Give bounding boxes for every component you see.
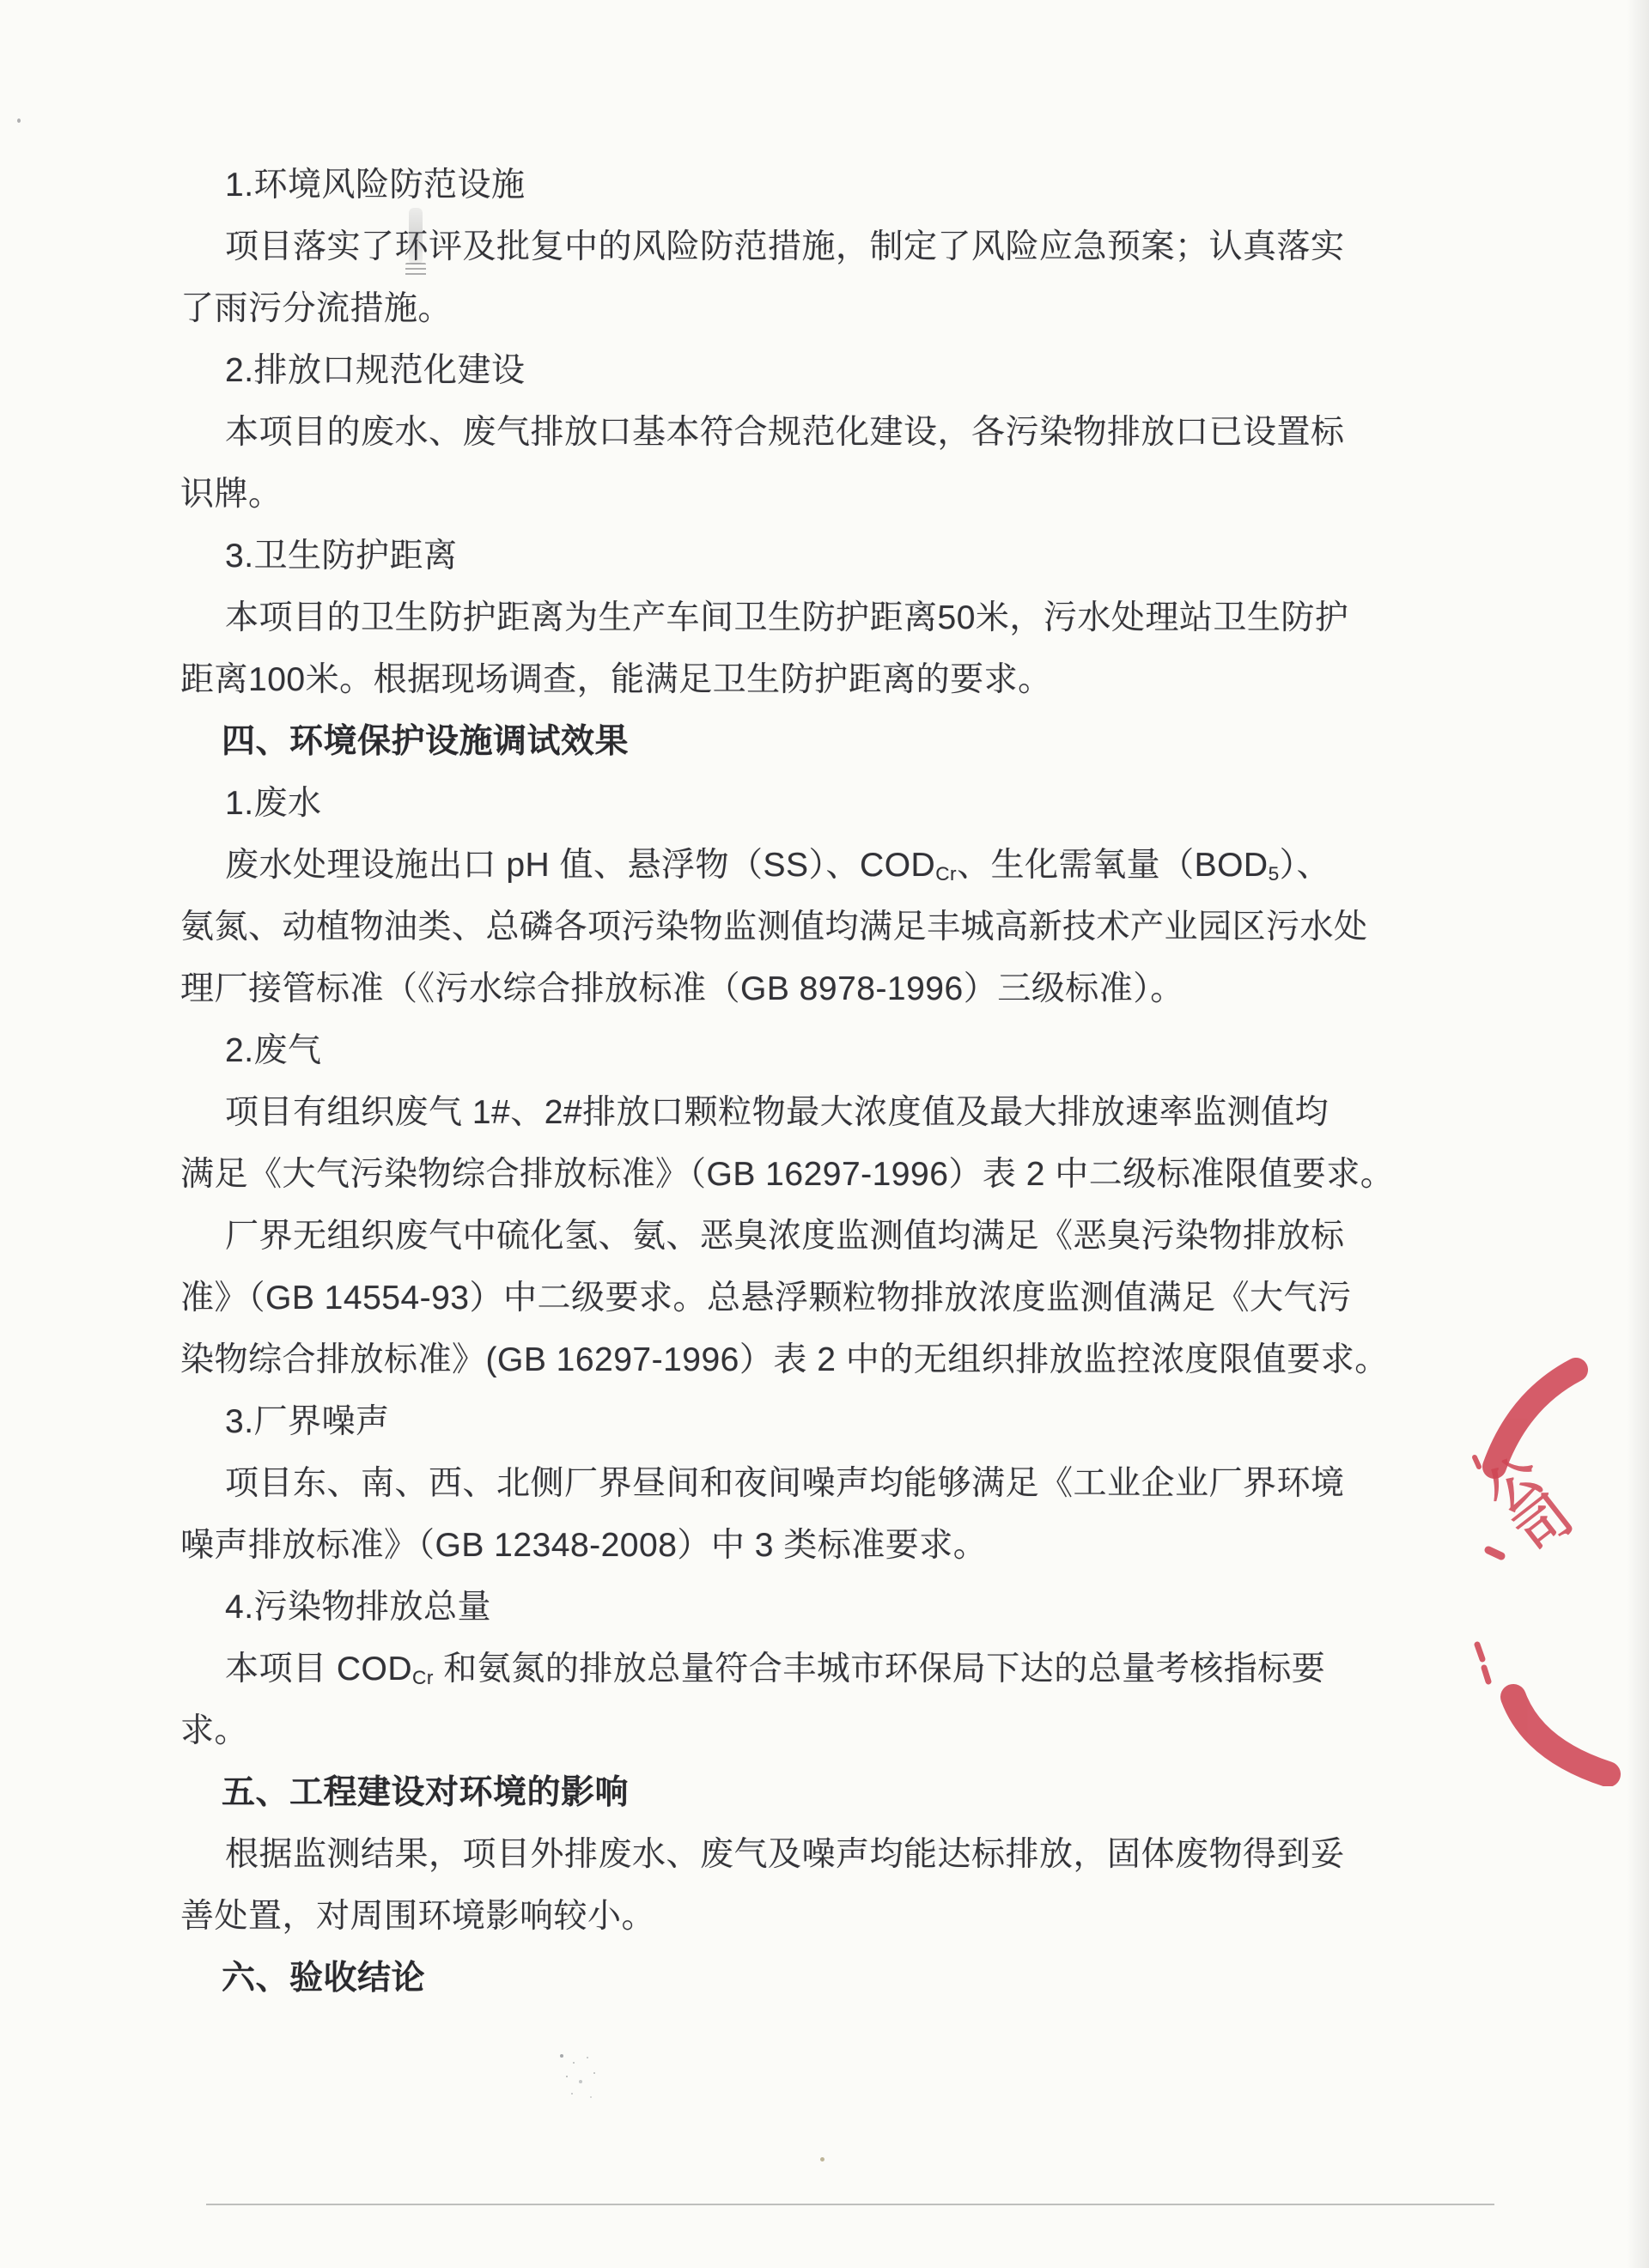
stamp-arc-bottom [1513,1697,1608,1774]
text-line: 3.厂界噪声 [180,1391,1323,1453]
text-line: 六、验收结论 [180,1948,1323,2010]
stamp-graphic: 公 司 [1391,1357,1649,1786]
text-line: 距离100米。根据现场调查，能满足卫生防护距离的要求。 [180,649,1323,711]
text-line: 2.排放口规范化建设 [180,340,1323,402]
text-line: 2.废气 [180,1020,1323,1082]
document-body: 1.环境风险防范设施项目落实了环评及批复中的风险防范措施，制定了风险应急预案；认… [180,155,1323,2010]
scan-edge-shading [1627,0,1649,2268]
stamp-arc-top [1494,1370,1576,1467]
text-line: 废水处理设施出口 pH 值、悬浮物（SS）、CODCr、生化需氧量（BOD5）、 [180,835,1323,897]
text-line: 本项目的卫生防护距离为生产车间卫生防护距离50米，污水处理站卫生防护 [180,587,1323,649]
text-line: 根据监测结果，项目外排废水、废气及噪声均能达标排放，固体废物得到妥 [180,1824,1323,1886]
stamp-dash-2 [1484,1668,1488,1681]
scanned-document-page: 1.环境风险防范设施项目落实了环评及批复中的风险防范措施，制定了风险应急预案；认… [0,0,1649,2268]
text-line: 准》（GB 14554-93）中二级要求。总悬浮颗粒物排放浓度监测值满足《大气污 [180,1268,1323,1329]
stamp-dash-3 [1488,1550,1501,1556]
scan-edge-line [206,2204,1494,2205]
text-line: 厂界无组织废气中硫化氢、氨、恶臭浓度监测值均满足《恶臭污染物排放标 [180,1206,1323,1268]
text-line: 五、工程建设对环境的影响 [180,1762,1323,1824]
stamp-char-1: 公 [1476,1445,1554,1525]
stamp-dash-1 [1477,1645,1482,1659]
text-line: 四、环境保护设施调试效果 [180,711,1323,773]
scan-speck [17,119,21,123]
red-seal-stamp: 公 司 [1391,1357,1649,1786]
text-line: 3.卫生防护距离 [180,526,1323,587]
text-line: 理厂接管标准（《污水综合排放标准（GB 8978-1996）三级标准）。 [180,958,1323,1020]
stamp-dash-4 [1475,1457,1479,1467]
text-line: 善处置，对周围环境影响较小。 [180,1886,1323,1948]
text-line: 项目有组织废气 1#、2#排放口颗粒物最大浓度值及最大排放速率监测值均 [180,1082,1323,1144]
text-line: 1.环境风险防范设施 [180,155,1323,216]
text-line: 本项目 CODCr 和氨氮的排放总量符合丰城市环保局下达的总量考核指标要 [180,1639,1323,1700]
text-line: 了雨污分流措施。 [180,278,1323,340]
text-line: 求。 [180,1700,1323,1762]
speckle-cluster [560,2054,563,2058]
text-line: 噪声排放标准》（GB 12348-2008）中 3 类标准要求。 [180,1515,1323,1577]
text-line: 识牌。 [180,464,1323,526]
text-line: 染物综合排放标准》(GB 16297-1996）表 2 中的无组织排放监控浓度限… [180,1329,1323,1391]
text-line: 项目落实了环评及批复中的风险防范措施，制定了风险应急预案；认真落实 [180,216,1323,278]
text-line: 项目东、南、西、北侧厂界昼间和夜间噪声均能够满足《工业企业厂界环境 [180,1453,1323,1515]
text-line: 本项目的废水、废气排放口基本符合规范化建设，各污染物排放口已设置标 [180,402,1323,464]
text-line: 氨氮、动植物油类、总磷各项污染物监测值均满足丰城高新技术产业园区污水处 [180,897,1323,958]
text-line: 4.污染物排放总量 [180,1577,1323,1639]
stamp-char-2: 司 [1505,1485,1583,1565]
text-line: 1.废水 [180,773,1323,835]
scan-speck [820,2157,824,2162]
text-line: 满足《大气污染物综合排放标准》（GB 16297-1996）表 2 中二级标准限… [180,1144,1323,1206]
